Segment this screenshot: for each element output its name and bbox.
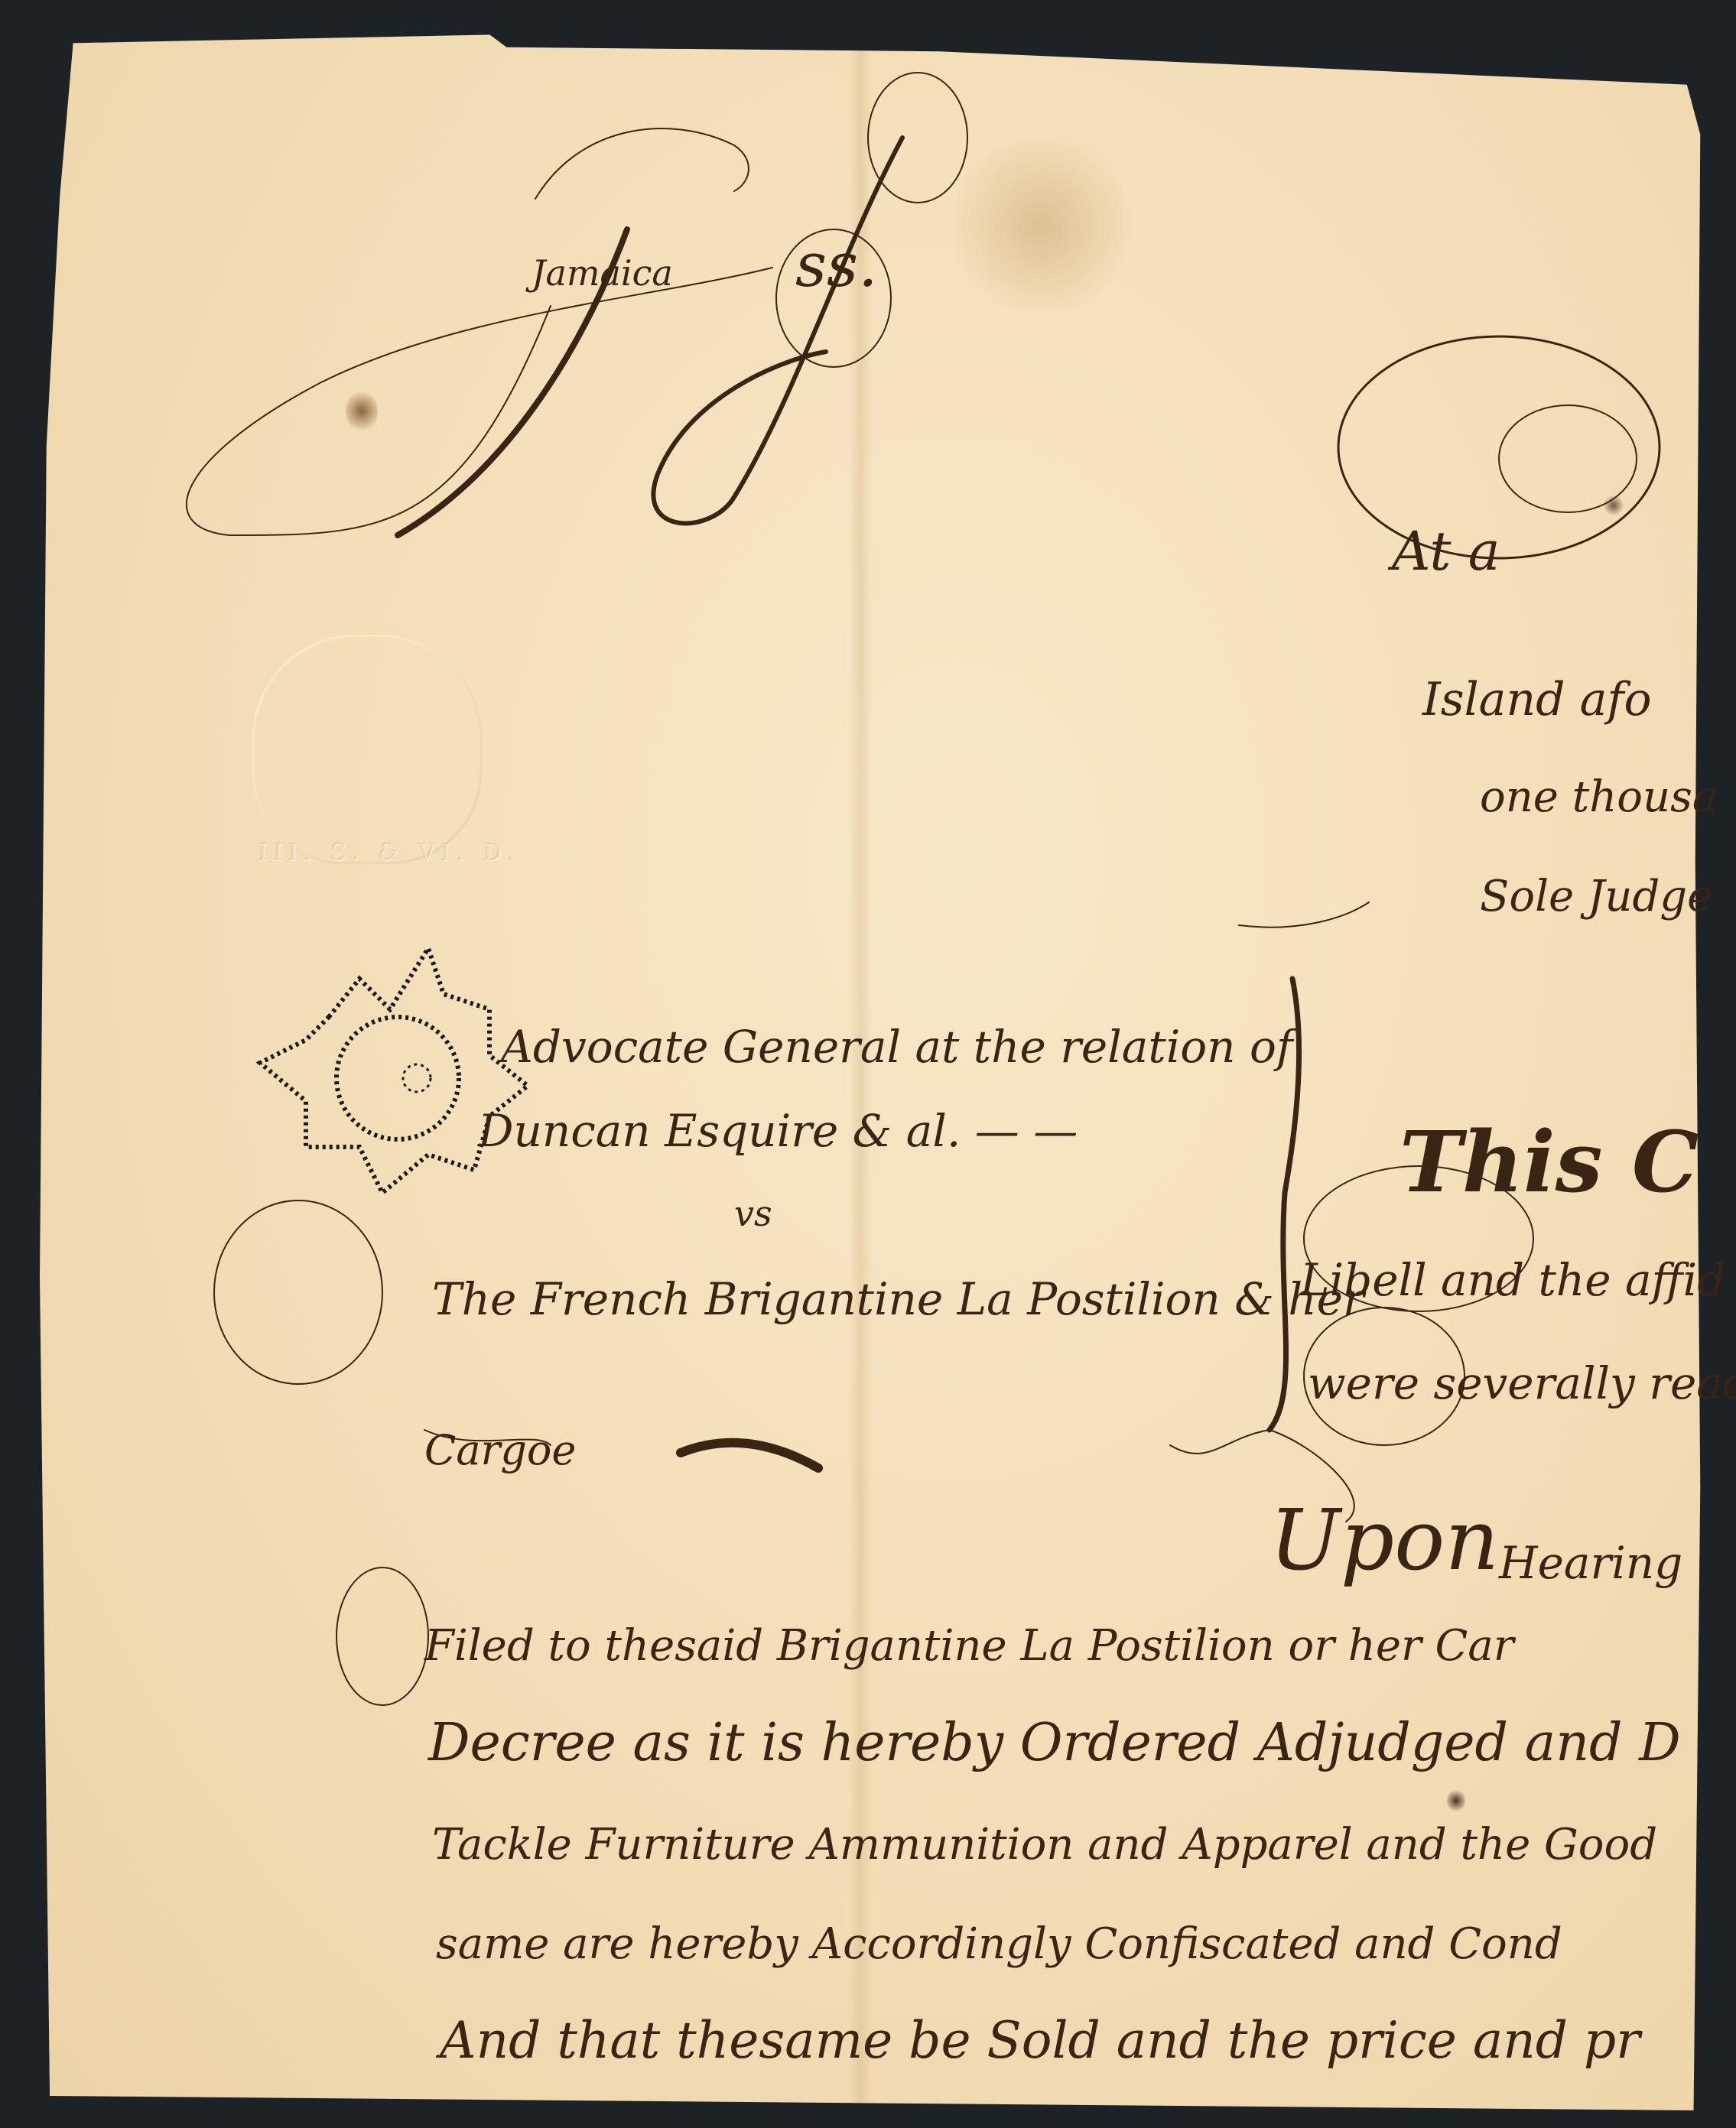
stain-top (942, 138, 1141, 314)
decree-upon: Upon (1269, 1491, 1499, 1589)
decree-line-1: Filed to thesaid Brigantine La Postilion… (424, 1621, 1514, 1671)
ink-dot (1604, 495, 1624, 515)
preamble-line-2: Island afo (1422, 673, 1652, 726)
decree-hearing: Hearing (1499, 1537, 1682, 1589)
decree-line-3: Tackle Furniture Ammunition and Apparel … (432, 1820, 1657, 1870)
scilicet-abbreviation: ss. (795, 229, 878, 301)
caption-cargo: Cargoe (424, 1426, 576, 1474)
jurisdiction-heading: Jamaica (532, 252, 673, 294)
caption-versus: vs (734, 1193, 772, 1234)
decree-line-4: same are hereby Accordingly Confiscated … (436, 1919, 1562, 1969)
caption-defendant-vessel: The French Brigantine La Postilion & her (432, 1273, 1364, 1325)
opening-line-2: were severally read (1308, 1357, 1736, 1409)
caption-plaintiff: Advocate General at the relation of (501, 1021, 1292, 1073)
embossed-revenue-stamp (252, 635, 482, 864)
decree-line-5: And that thesame be Sold and the price a… (440, 2011, 1640, 2070)
ink-dot (1447, 1789, 1465, 1812)
opening-this: This C (1400, 1113, 1699, 1211)
caption-relator: Duncan Esquire & al. — — (478, 1105, 1078, 1157)
embossed-stamp-legend: III. S. & VI. D. (258, 840, 521, 866)
ink-blot (346, 390, 378, 432)
decree-line-2: Decree as it is hereby Ordered Adjudged … (428, 1713, 1681, 1773)
preamble-line-4: Sole Judge (1480, 872, 1712, 921)
preamble-line-3: one thousa (1480, 772, 1718, 822)
preamble-line-1: At a (1392, 520, 1500, 583)
opening-line-1: Libell and the affid (1300, 1254, 1725, 1306)
